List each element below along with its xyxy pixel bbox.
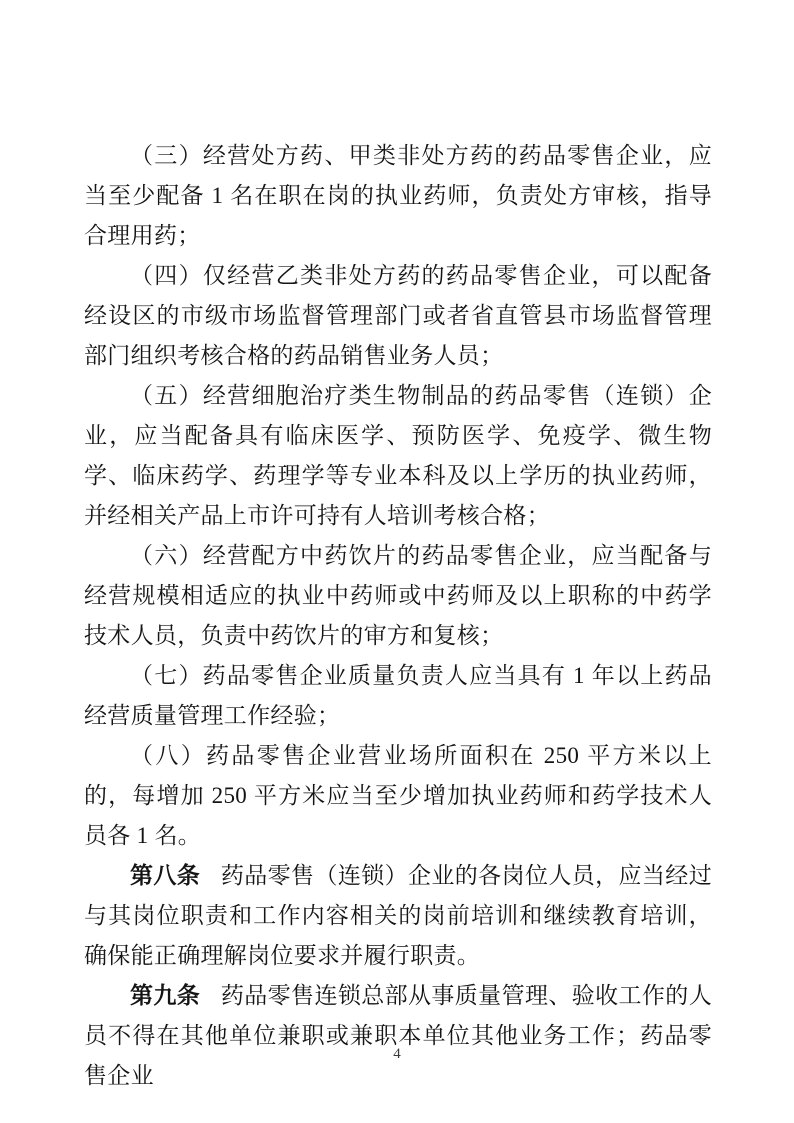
clause-5-paragraph: （五）经营细胞治疗类生物制品的药品零售（连锁）企业，应当配备具有临床医学、预防医…: [84, 376, 712, 536]
document-page: （三）经营处方药、甲类非处方药的药品零售企业，应当至少配备 1 名在职在岗的执业…: [0, 0, 794, 1123]
document-body: （三）经营处方药、甲类非处方药的药品零售企业，应当至少配备 1 名在职在岗的执业…: [84, 136, 712, 1096]
article-9-paragraph: 第九条药品零售连锁总部从事质量管理、验收工作的人员不得在其他单位兼职或兼职本单位…: [84, 976, 712, 1096]
article-8-paragraph: 第八条药品零售（连锁）企业的各岗位人员，应当经过与其岗位职责和工作内容相关的岗前…: [84, 856, 712, 976]
clause-6-paragraph: （六）经营配方中药饮片的药品零售企业，应当配备与经营规模相适应的执业中药师或中药…: [84, 536, 712, 656]
page-number: 4: [0, 1046, 794, 1063]
article-9-heading: 第九条: [130, 983, 200, 1008]
clause-3-paragraph: （三）经营处方药、甲类非处方药的药品零售企业，应当至少配备 1 名在职在岗的执业…: [84, 136, 712, 256]
article-8-heading: 第八条: [130, 863, 200, 888]
clause-7-paragraph: （七）药品零售企业质量负责人应当具有 1 年以上药品经营质量管理工作经验；: [84, 656, 712, 736]
clause-8-paragraph: （八）药品零售企业营业场所面积在 250 平方米以上的，每增加 250 平方米应…: [84, 736, 712, 856]
clause-4-paragraph: （四）仅经营乙类非处方药的药品零售企业，可以配备经设区的市级市场监督管理部门或者…: [84, 256, 712, 376]
